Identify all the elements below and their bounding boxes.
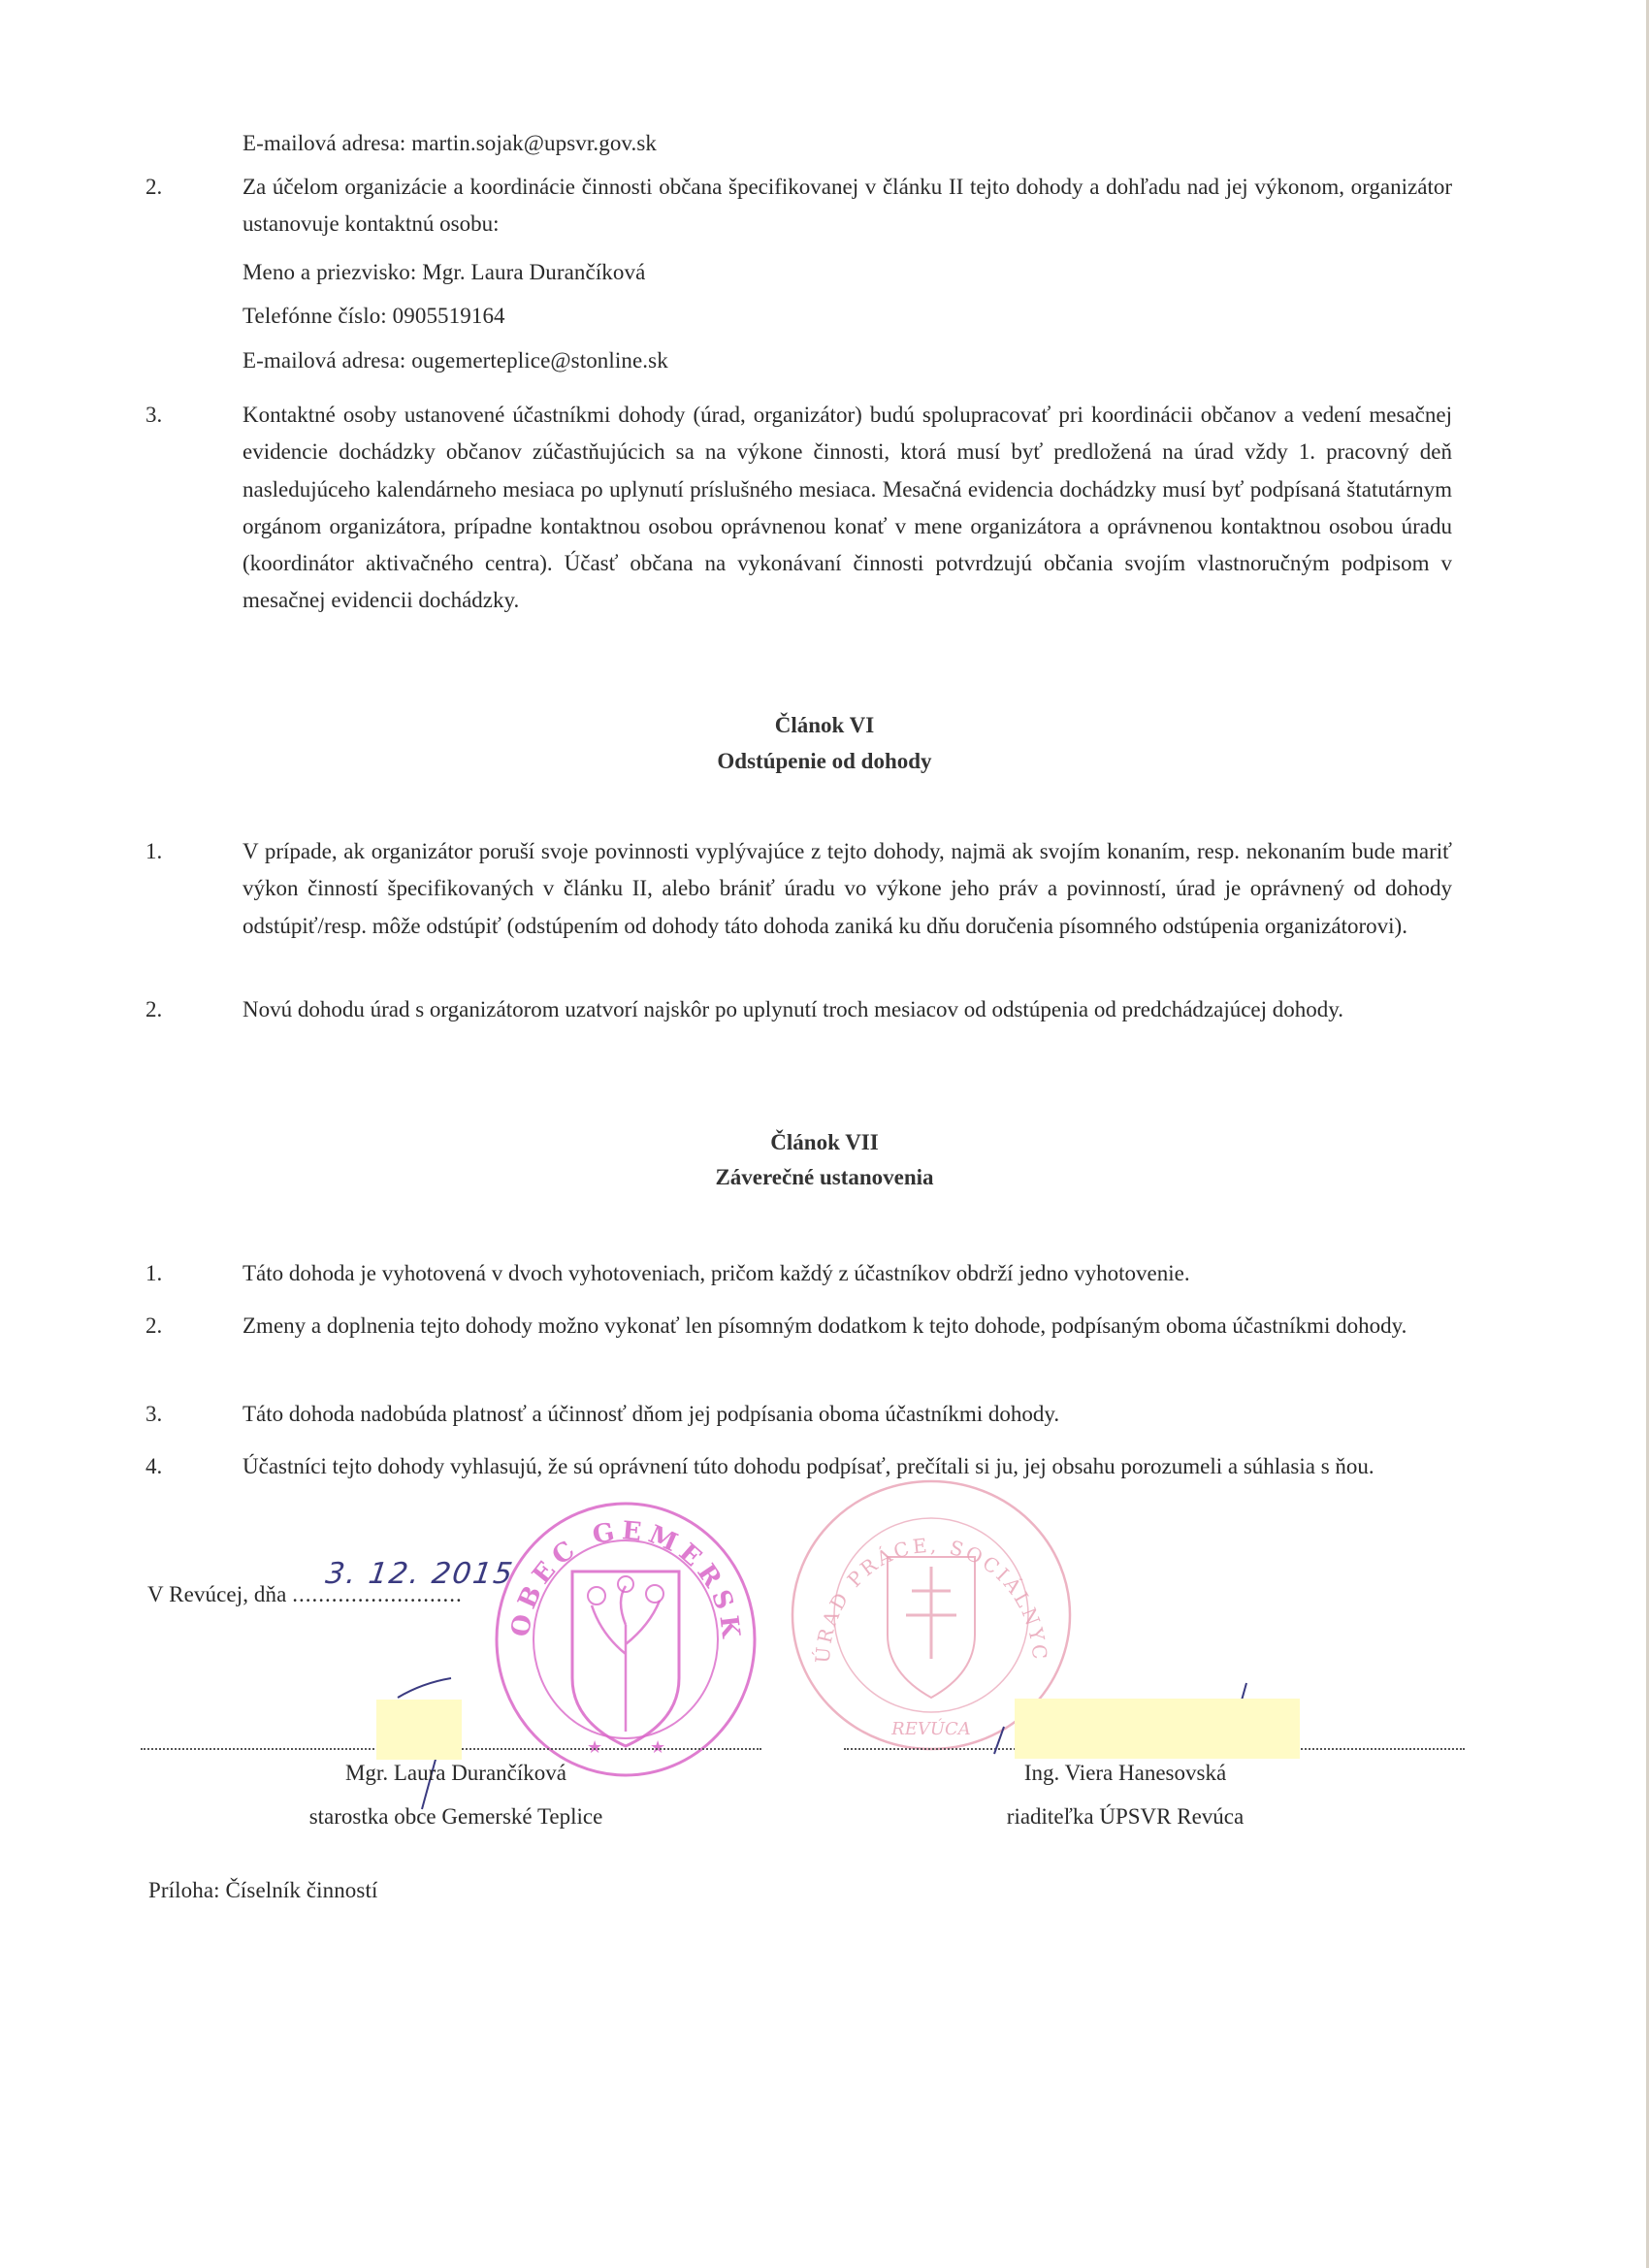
article-7-item-2: Zmeny a doplnenia tejto dohody možno vyk… bbox=[242, 1308, 1452, 1345]
attachment-note: Príloha: Číselník činností bbox=[148, 1876, 377, 1905]
item-number: 3. bbox=[145, 1400, 162, 1429]
article-6-item-1: V prípade, ak organizátor poruší svoje p… bbox=[242, 833, 1452, 945]
signature-redaction-left bbox=[376, 1700, 462, 1760]
article-6-title: Článok VI bbox=[0, 711, 1649, 740]
contact-email-line-2: E-mailová adresa: ougemerteplice@stonlin… bbox=[242, 346, 668, 375]
signatory-right-title: riaditeľka ÚPSVR Revúca bbox=[912, 1802, 1339, 1831]
item-2-text: Za účelom organizácie a koordinácie činn… bbox=[242, 169, 1452, 243]
item-number: 4. bbox=[145, 1452, 162, 1481]
svg-text:★: ★ bbox=[587, 1737, 602, 1757]
signature-redaction-right bbox=[1015, 1699, 1300, 1759]
contact-phone-line: Telefónne číslo: 0905519164 bbox=[242, 302, 505, 331]
item-number: 2. bbox=[145, 1312, 162, 1341]
article-7-item-3: Táto dohoda nadobúda platnosť a účinnosť… bbox=[242, 1396, 1452, 1433]
contact-email-line: E-mailová adresa: martin.sojak@upsvr.gov… bbox=[242, 129, 657, 158]
item-number: 3. bbox=[145, 401, 162, 430]
article-6-item-2: Novú dohodu úrad s organizátorom uzatvor… bbox=[242, 991, 1452, 1028]
handwritten-date: 3. 12. 2015 bbox=[324, 1557, 517, 1591]
item-number: 1. bbox=[145, 1259, 162, 1288]
article-6-subtitle: Odstúpenie od dohody bbox=[0, 747, 1649, 776]
signatory-left-name: Mgr. Laura Durančíková bbox=[238, 1759, 674, 1788]
article-7-title: Článok VII bbox=[0, 1128, 1649, 1157]
item-number: 1. bbox=[145, 837, 162, 866]
article-7-item-1: Táto dohoda je vyhotovená v dvoch vyhoto… bbox=[242, 1255, 1452, 1292]
contact-name-line: Meno a priezvisko: Mgr. Laura Durančíkov… bbox=[242, 258, 645, 287]
article-7-subtitle: Záverečné ustanovenia bbox=[0, 1163, 1649, 1192]
item-number: 2. bbox=[145, 995, 162, 1024]
place-date-text: V Revúcej, dňa bbox=[147, 1582, 286, 1606]
item-3-text: Kontaktné osoby ustanovené účastníkmi do… bbox=[242, 397, 1452, 620]
document-page: E-mailová adresa: martin.sojak@upsvr.gov… bbox=[0, 0, 1649, 2268]
municipality-stamp-icon: OBEC GEMERSKÉ TEPLICE ★ ★ bbox=[490, 1499, 761, 1780]
item-number: 2. bbox=[145, 173, 162, 202]
signatory-left-title: starostka obce Gemerské Teplice bbox=[238, 1802, 674, 1831]
signatory-right-name: Ing. Viera Hanesovská bbox=[912, 1759, 1339, 1788]
svg-text:REVÚCA: REVÚCA bbox=[890, 1717, 971, 1739]
svg-text:★: ★ bbox=[650, 1737, 665, 1757]
